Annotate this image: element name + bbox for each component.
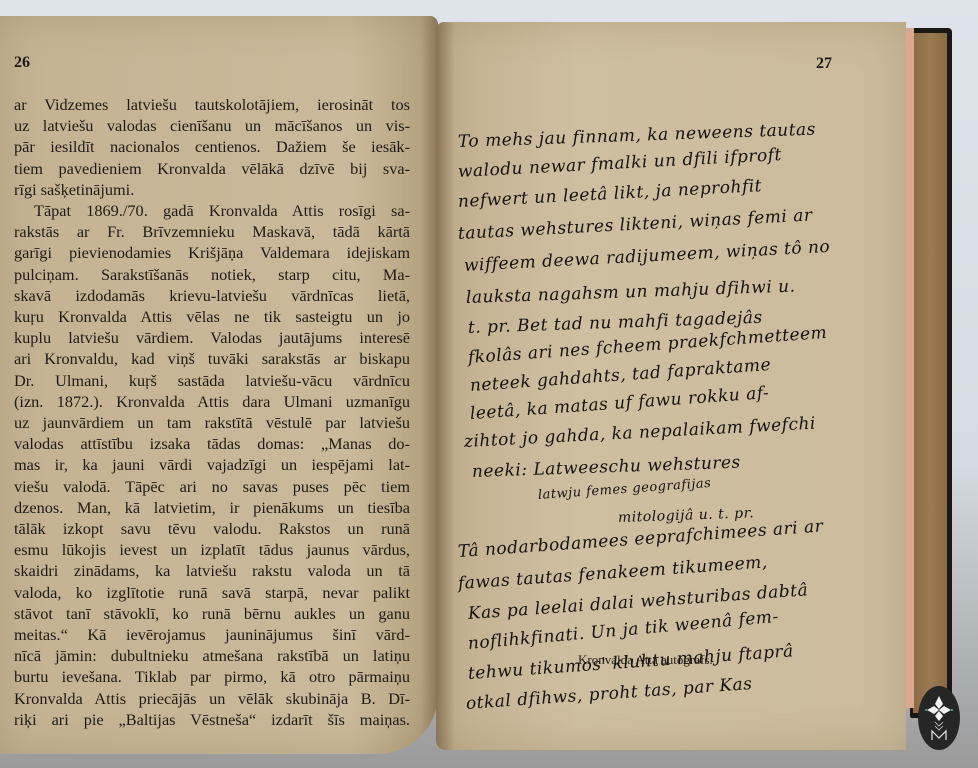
text-line: skaidri zinādams, ka latviešu rakstu val…: [14, 560, 410, 581]
text-line: Kronvalda Attis priecājās un vēlāk skubi…: [14, 688, 410, 709]
text-line: garīgi pievienodamies Krišjāņa Valdemara…: [14, 242, 410, 263]
text-line: rakstās ar Fr. Brīvzemnieku Maskavā, tād…: [14, 221, 410, 242]
text-line: skavā izdodamās krievu-latviešu vārdnīca…: [14, 285, 410, 306]
text-line: pār iesildīt nacionalos centienos. Dažie…: [14, 136, 410, 157]
text-line: valodas attīstību izsaka tādas domas: „M…: [14, 433, 410, 454]
figure-caption: Kronvalda Atta autografs.: [578, 652, 713, 668]
text-line: burtu ievešana. Tiklab par pirmo, kā otr…: [14, 666, 410, 687]
text-line: riķi ari pie „Baltijas Vēstneša“ izdarīt…: [14, 709, 410, 730]
page-number-right: 27: [816, 55, 832, 73]
text-line: kuŗu Kronvalda Attis vēlas ne tik sastei…: [14, 306, 410, 327]
text-line: dzenos. Man, kā latvietim, ir pienākums …: [14, 497, 410, 518]
text-line: stāvot tanī stāvoklī, ko runā bērnu aukl…: [14, 603, 410, 624]
right-page: 27 To mehs jau finnam, ka neweens tautas…: [436, 22, 906, 750]
handwriting-line: wiffeem deewa radijumeem, wiņas tô no: [463, 237, 830, 276]
text-line: (izn. 1872.). Kronvalda Attis dara Ulman…: [14, 391, 410, 412]
handwriting-line: nefwert un leetâ likt, ja neprohfit: [457, 176, 762, 212]
text-line: viešu valodā. Tāpēc ari no savas puses p…: [14, 476, 410, 497]
open-book: 26 ar Vidzemes latviešu tautskolotājiem,…: [0, 0, 978, 768]
text-line: ari Kronvaldu, kad viņš tuvāki sarakstās…: [14, 348, 410, 369]
handwriting-line: walodu newar fmalki un dfili ifproft: [457, 145, 782, 182]
text-line: Dr. Ulmani, kuŗš sastāda latviešu-vācu v…: [14, 370, 410, 391]
text-line: kuplu latviešu vārdiem. Valodas jautājum…: [14, 327, 410, 348]
flower-monogram-icon: [924, 693, 954, 743]
text-line: pulciņam. Sarakstīšanās notiek, starp ci…: [14, 264, 410, 285]
text-line: uz jaunvārdiem un tam rakstītā vēstulē p…: [14, 412, 410, 433]
text-line: tiem pavedieniem Kronvalda vēlākā dzīvē …: [14, 158, 410, 179]
text-line: nīcā jāmin: dubultnieku atmešana rakstīb…: [14, 645, 410, 666]
text-line: esmu lūkojis ievest un izplatīt tādus ja…: [14, 539, 410, 560]
cover-board: [913, 33, 947, 713]
printed-text-body: ar Vidzemes latviešu tautskolotājiem, ie…: [14, 94, 410, 730]
handwriting-line: latwju femes geografijas: [537, 476, 711, 503]
text-line: Tāpat 1869./70. gadā Kronvalda Attis ros…: [14, 200, 410, 221]
text-line: meitas.“ Kā ievērojamus jauninājumus šin…: [14, 624, 410, 645]
watermark-badge: [918, 686, 960, 750]
text-line: ar Vidzemes latviešu tautskolotājiem, ie…: [14, 94, 410, 115]
text-line: mas ir, ka jauni vārdi vajadzīgi un iesp…: [14, 454, 410, 475]
text-line: valoda, ko izglītotie runā savā starpā, …: [14, 582, 410, 603]
handwriting-line: tautas wehstures likteni, wiņas femi ar: [457, 205, 812, 244]
page-number-left: 26: [14, 54, 30, 72]
handwriting-line: lauksta nagahsm un mahju dfihwi u.: [466, 277, 796, 308]
left-page: 26 ar Vidzemes latviešu tautskolotājiem,…: [0, 16, 438, 754]
text-line: tālāk izkopt savu tēvu valodu. Rakstos u…: [14, 518, 410, 539]
text-line: rīgi sašķetinājumi.: [14, 179, 410, 200]
text-line: uz latviešu valodas cienīšanu un mācīšan…: [14, 115, 410, 136]
